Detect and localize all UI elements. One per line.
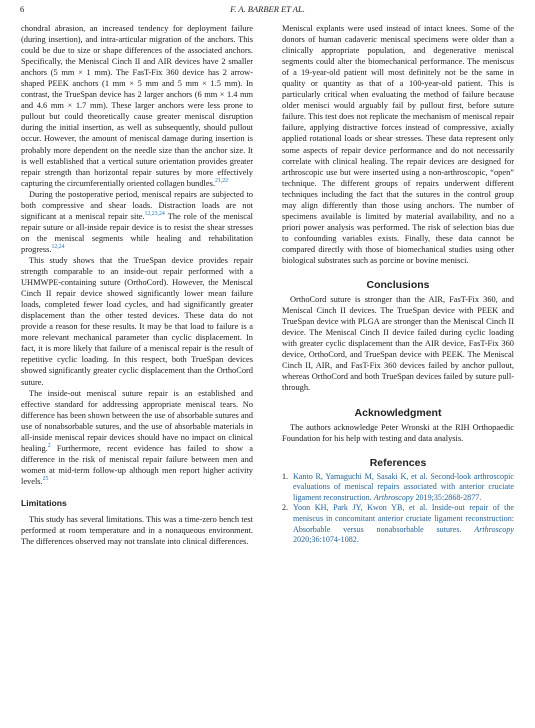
paragraph-postoperative: During the postoperative period, menisca…: [21, 189, 253, 255]
citation-link[interactable]: 12,24: [51, 244, 64, 250]
reference-journal: Arthroscopy: [374, 493, 414, 502]
paragraph-study-results: This study shows that the TrueSpan devic…: [21, 255, 253, 388]
reference-number: 2.: [282, 503, 288, 514]
acknowledgment-heading: Acknowledgment: [282, 408, 514, 419]
citation-link[interactable]: 25: [43, 476, 49, 482]
reference-item[interactable]: 1.Kanto R, Yamaguchi M, Sasaki K, et al.…: [282, 472, 514, 504]
reference-item[interactable]: 2.Yoon KH, Park JY, Kwon YB, et al. Insi…: [282, 503, 514, 545]
citation-link[interactable]: 12,23,24: [144, 211, 164, 217]
conclusions-heading: Conclusions: [282, 280, 514, 291]
reference-number: 1.: [282, 472, 288, 483]
references-heading: References: [282, 458, 514, 469]
left-column: chondral abrasion, an increased tendency…: [21, 23, 253, 547]
references-list: 1.Kanto R, Yamaguchi M, Sasaki K, et al.…: [282, 472, 514, 546]
reference-details: 2019;35:2868-2877.: [413, 493, 481, 502]
running-header: 6 F. A. BARBER ET AL.: [20, 4, 515, 16]
reference-details: 2020;36:1074-1082.: [293, 535, 359, 544]
paragraph-inside-out: The inside-out meniscal suture repair is…: [21, 388, 253, 487]
paragraph-limitations: This study has several limitations. This…: [21, 514, 253, 547]
right-column: Meniscal explants were used instead of i…: [282, 23, 514, 546]
paragraph-limitations-cont: Meniscal explants were used instead of i…: [282, 23, 514, 266]
reference-journal: Arthroscopy: [474, 525, 514, 534]
citation-link[interactable]: 21,22: [215, 178, 228, 184]
limitations-heading: Limitations: [21, 498, 253, 509]
paragraph-acknowledgment: The authors acknowledge Peter Wronski at…: [282, 422, 514, 444]
paragraph-text: chondral abrasion, an increased tendency…: [21, 24, 253, 188]
running-title: F. A. BARBER ET AL.: [20, 4, 515, 14]
paragraph-conclusions: OrthoCord suture is stronger than the AI…: [282, 294, 514, 393]
paragraph-anchor-differences: chondral abrasion, an increased tendency…: [21, 23, 253, 189]
paragraph-text: Furthermore, recent evidence has failed …: [21, 444, 253, 486]
